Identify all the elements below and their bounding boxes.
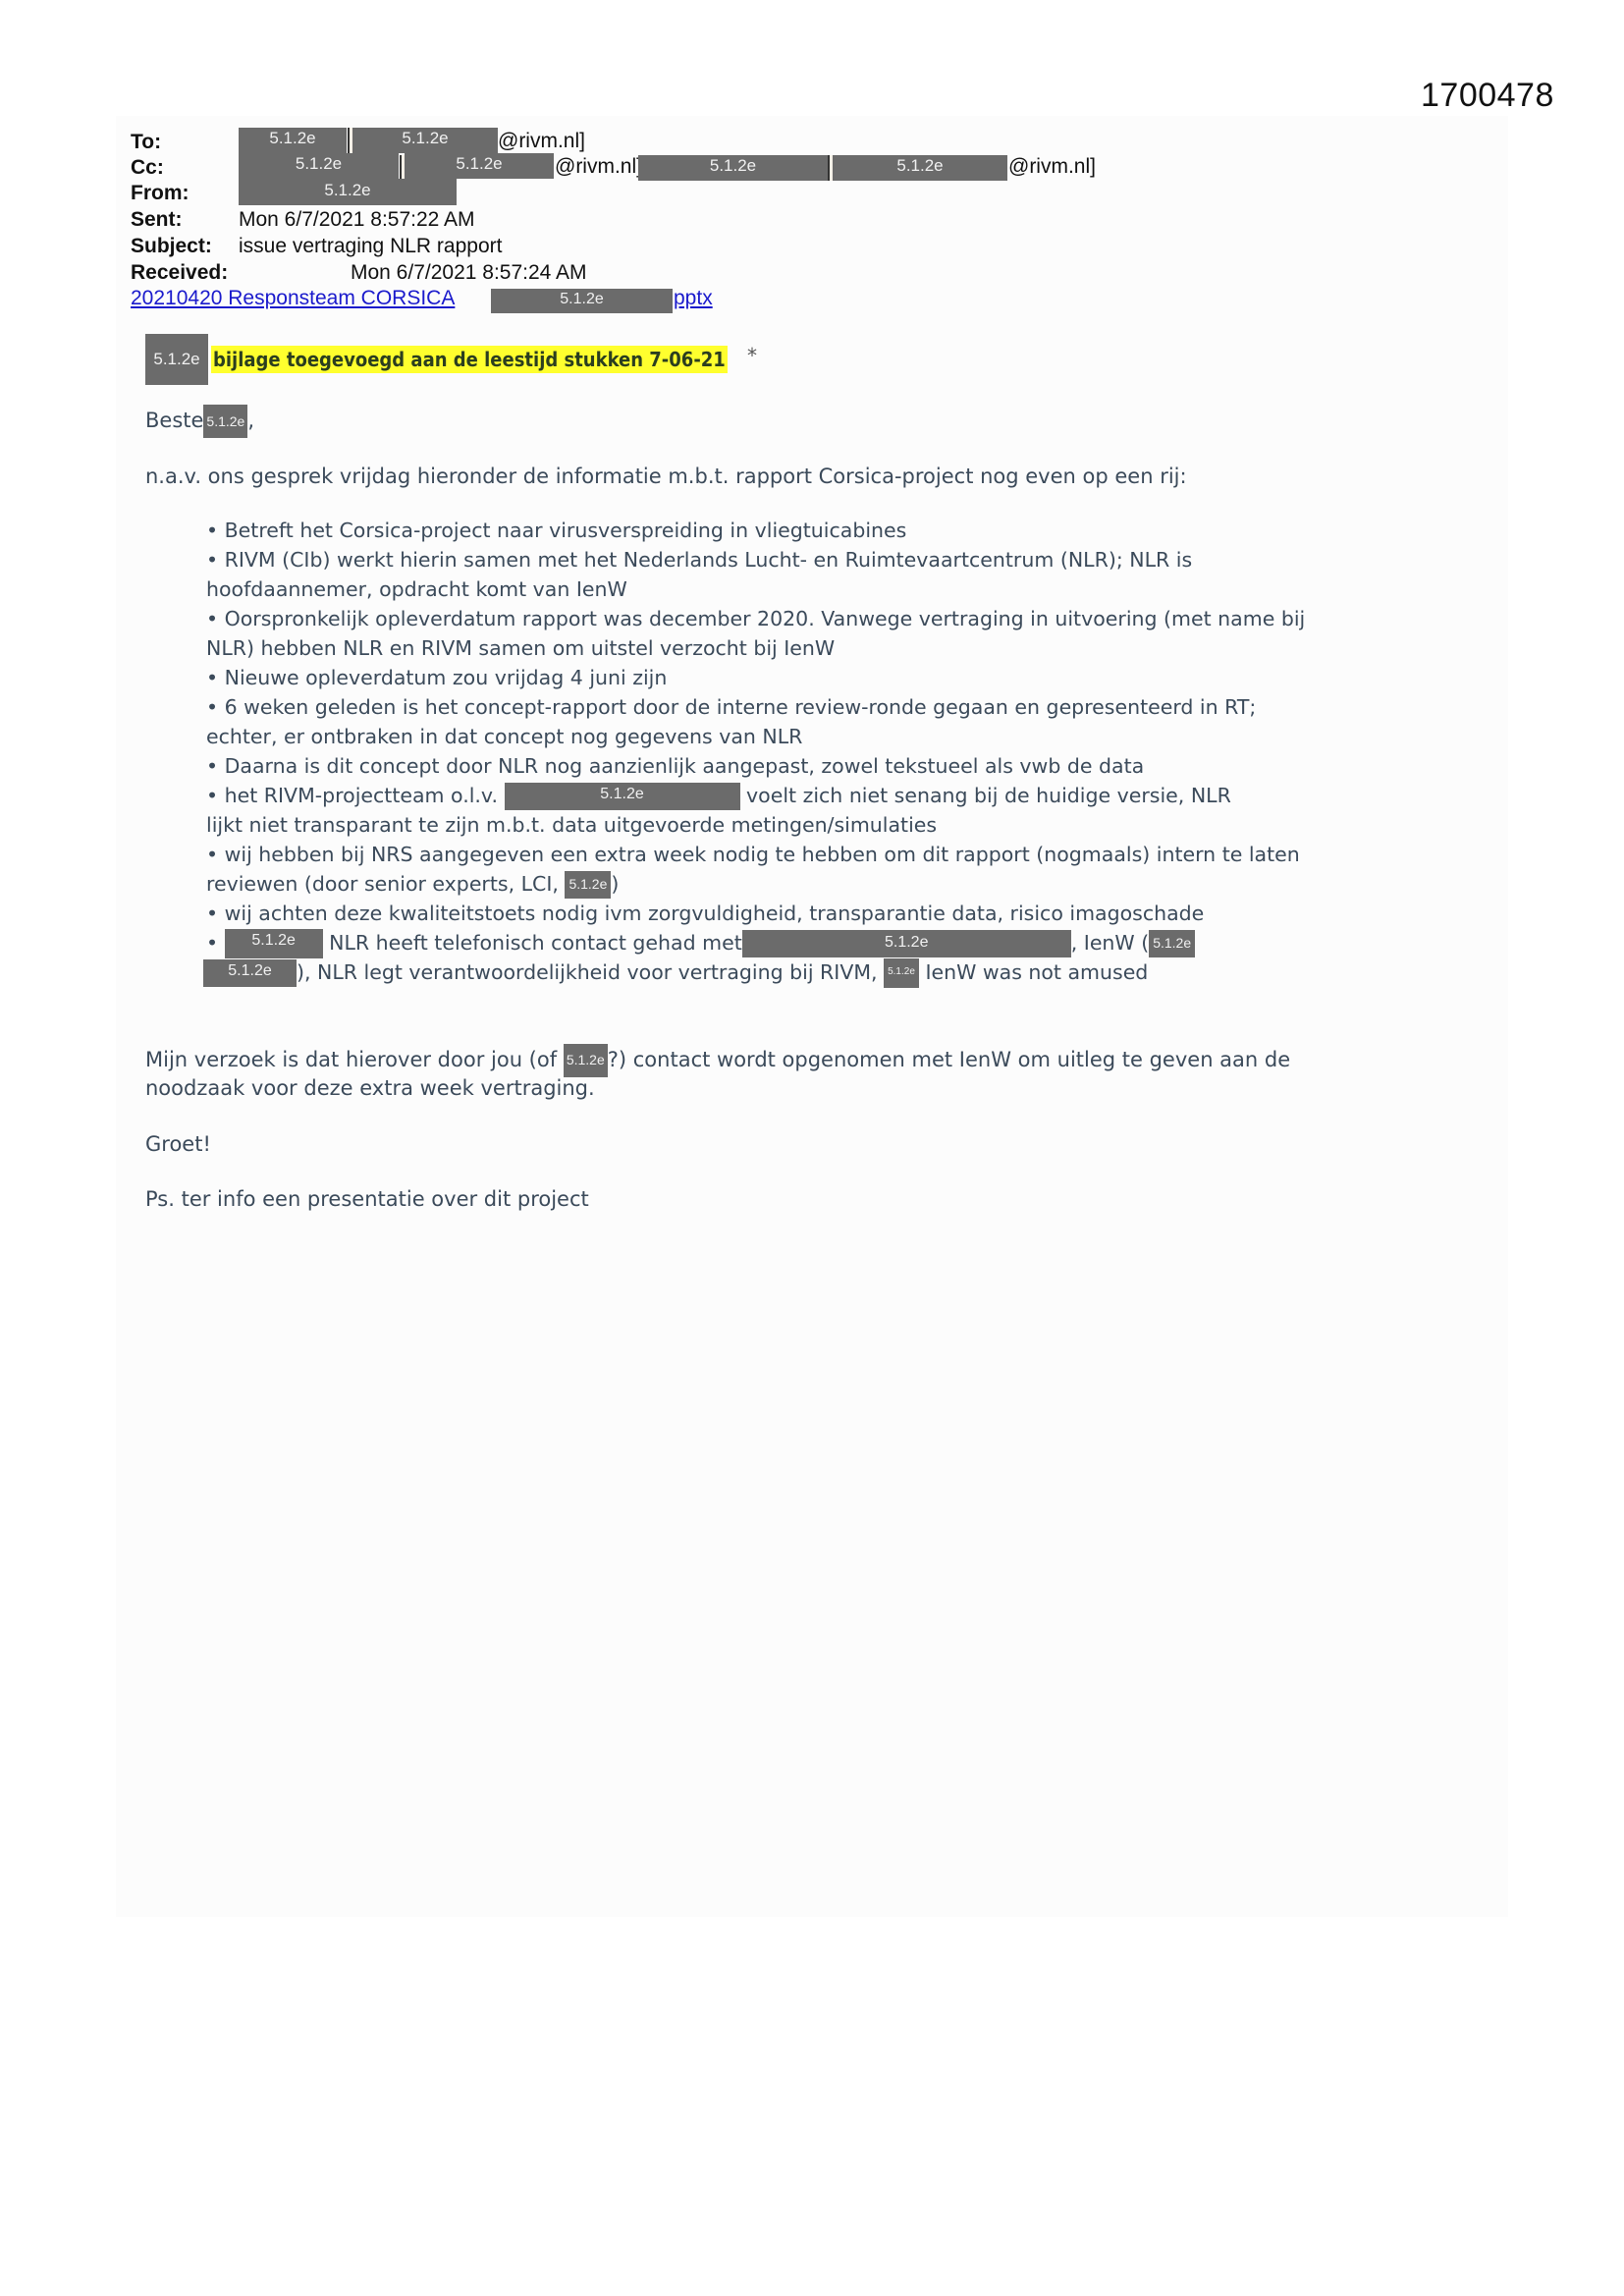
redacted-ienw-person-cont: 5.1.2e xyxy=(203,959,297,987)
to-email-suffix: @rivm.nl] xyxy=(498,129,585,154)
document-number: 1700478 xyxy=(1421,77,1554,115)
list-item-text: , IenW ( xyxy=(1071,931,1149,955)
sent-label: Sent: xyxy=(131,208,183,232)
list-item-continuation: lijkt niet transparant te zijn m.b.t. da… xyxy=(206,810,1483,840)
request-text: Mijn verzoek is dat hierover door jou (o… xyxy=(145,1048,557,1071)
bullet-list: • Betreft het Corsica-project naar virus… xyxy=(206,516,1483,987)
redacted-person: 5.1.2e xyxy=(225,929,323,958)
greeting-text: Beste xyxy=(145,409,203,432)
redacted-cc-name-2: 5.1.2e xyxy=(638,155,828,181)
redacted-from: 5.1.2e xyxy=(239,179,457,205)
request-paragraph: Mijn verzoek is dat hierover door jou (o… xyxy=(145,1044,1290,1077)
list-item: • Daarna is dit concept door NLR nog aan… xyxy=(206,751,1483,781)
request-paragraph-line-2: noodzaak voor deze extra week vertraging… xyxy=(145,1073,595,1103)
list-item: • wij achten deze kwaliteitstoets nodig … xyxy=(206,899,1483,928)
list-item-text: NLR heeft telefonisch contact gehad met xyxy=(329,931,742,955)
list-item: • RIVM (CIb) werkt hierin samen met het … xyxy=(206,545,1483,574)
sent-value: Mon 6/7/2021 8:57:22 AM xyxy=(239,207,475,233)
attachment-extension-link[interactable]: pptx xyxy=(674,287,713,310)
closing: Groet! xyxy=(145,1129,211,1159)
from-label: From: xyxy=(131,182,189,205)
list-item-continuation: reviewen (door senior experts, LCI, 5.1.… xyxy=(206,869,1483,899)
redacted-reviewer: 5.1.2e xyxy=(565,871,611,899)
greeting: Beste5.1.2e, xyxy=(145,405,254,438)
redacted-note: 5.1.2e xyxy=(884,958,919,988)
cc-email-suffix-1: @rivm.nl]; xyxy=(555,154,648,180)
bullet-glyph: • xyxy=(206,931,218,955)
list-item-text: ), NLR legt verantwoordelijkheid voor ve… xyxy=(297,960,878,984)
cc-label: Cc: xyxy=(131,156,164,180)
cc-email-suffix-2: @rivm.nl] xyxy=(1008,154,1096,180)
intro-paragraph: n.a.v. ons gesprek vrijdag hieronder de … xyxy=(145,462,1187,491)
list-item: • 5.1.2e NLR heeft telefonisch contact g… xyxy=(206,928,1483,957)
request-text: ?) contact wordt opgenomen met IenW om u… xyxy=(608,1048,1290,1071)
list-item: • wij hebben bij NRS aangegeven een extr… xyxy=(206,840,1483,869)
list-item: • het RIVM-projectteam o.l.v. 5.1.2e voe… xyxy=(206,781,1483,810)
note-asterisk: * xyxy=(747,344,757,367)
redacted-contact: 5.1.2e xyxy=(742,930,1071,957)
subject-value: issue vertraging NLR rapport xyxy=(239,234,502,259)
redacted-recipient: 5.1.2e xyxy=(203,405,247,438)
list-item-text: voelt zich niet senang bij de huidige ve… xyxy=(746,784,1231,807)
greeting-comma: , xyxy=(247,409,254,432)
redacted-alternate-contact: 5.1.2e xyxy=(564,1044,608,1077)
list-item-text: IenW was not amused xyxy=(925,960,1148,984)
email-body-panel xyxy=(116,116,1508,1917)
list-item-continuation: hoofdaannemer, opdracht komt van IenW xyxy=(206,574,1483,604)
redacted-to-email: 5.1.2e xyxy=(352,128,498,153)
list-item: • Betreft het Corsica-project naar virus… xyxy=(206,516,1483,545)
list-item: • Oorspronkelijk opleverdatum rapport wa… xyxy=(206,604,1483,633)
list-item: • 6 weken geleden is het concept-rapport… xyxy=(206,692,1483,722)
redacted-to-name: 5.1.2e xyxy=(239,128,347,153)
redacted-ienw-person: 5.1.2e xyxy=(1149,930,1195,957)
redacted-cc-email-1: 5.1.2e xyxy=(405,153,554,179)
redacted-cc-email-2: 5.1.2e xyxy=(833,155,1007,181)
list-item-text: reviewen (door senior experts, LCI, xyxy=(206,872,559,896)
list-item: • Nieuwe opleverdatum zou vrijdag 4 juni… xyxy=(206,663,1483,692)
list-item-continuation: 5.1.2e), NLR legt verantwoordelijkheid v… xyxy=(203,957,1483,987)
received-label: Received: xyxy=(131,261,228,285)
list-item-text: ) xyxy=(611,872,619,896)
to-label: To: xyxy=(131,131,161,154)
attachment-link[interactable]: 20210420 Responsteam CORSICA xyxy=(131,287,455,310)
redacted-project-lead: 5.1.2e xyxy=(505,783,740,810)
received-value: Mon 6/7/2021 8:57:24 AM xyxy=(351,260,587,286)
redacted-note-author: 5.1.2e xyxy=(145,334,208,385)
note-highlight-text: bijlage toegevoegd aan de leestijd stukk… xyxy=(211,346,728,373)
redacted-cc-name-1: 5.1.2e xyxy=(239,153,399,179)
redacted-attachment-name: 5.1.2e xyxy=(491,289,673,313)
postscript: Ps. ter info een presentatie over dit pr… xyxy=(145,1184,589,1214)
subject-label: Subject: xyxy=(131,235,212,258)
list-item-continuation: echter, er ontbraken in dat concept nog … xyxy=(206,722,1483,751)
list-item-text: • het RIVM-projectteam o.l.v. xyxy=(206,784,498,807)
list-item-continuation: NLR) hebben NLR en RIVM samen om uitstel… xyxy=(206,633,1483,663)
